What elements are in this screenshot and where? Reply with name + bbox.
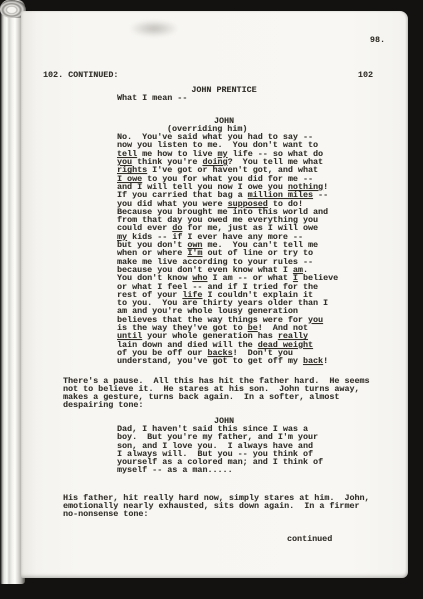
script-line: no-nonsense tone: (63, 510, 408, 518)
script-page: 98. 102. CONTINUED: 102 JOHN PRENTICEWha… (21, 11, 408, 578)
script-line: myself -- as a man..... (117, 466, 408, 474)
page-number: 98. (370, 36, 385, 44)
scan-smudge (129, 20, 179, 37)
block-dialogue: What I mean -- (117, 94, 408, 102)
block-action: There's a pause. All this has hit the fa… (63, 377, 408, 410)
script-body: JOHN PRENTICEWhat I mean --JOHN(overridi… (21, 86, 408, 519)
scene-continued-label: 102. CONTINUED: (43, 71, 118, 79)
scene-number: 102 (358, 71, 373, 79)
block-action: His father, hit really hard now, simply … (63, 494, 408, 519)
script-line: understand, you've got to get off my bac… (117, 357, 408, 365)
script-line: What I mean -- (117, 94, 408, 102)
script-line: despairing tone: (63, 401, 408, 409)
block-dialogue: No. You've said what you had to say --no… (117, 133, 408, 365)
block-dialogue: Dad, I haven't said this since I was abo… (117, 425, 408, 475)
scan-background: { "colors": { "background": "#131211", "… (0, 0, 423, 599)
scene-header-row: 102. CONTINUED: 102 (43, 71, 373, 79)
continued-footer: continued (287, 535, 332, 543)
